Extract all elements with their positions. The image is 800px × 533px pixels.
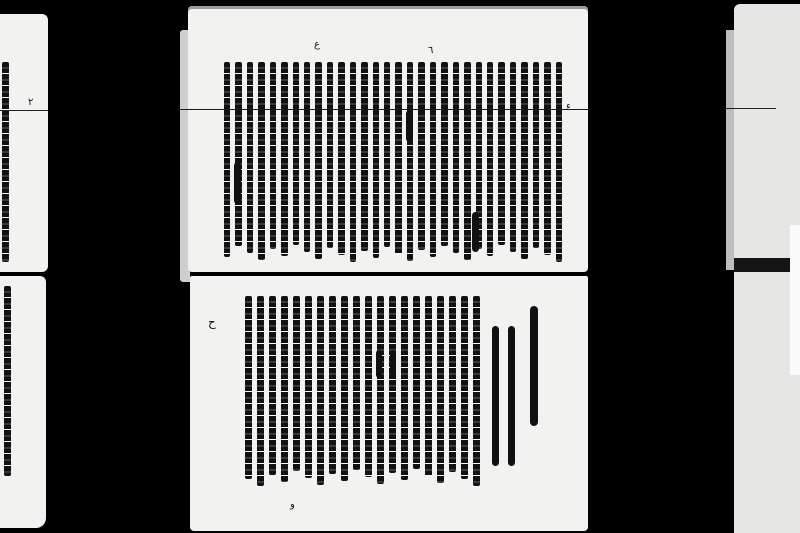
film-line [726, 108, 776, 109]
heading-column [530, 306, 538, 426]
text-line [247, 62, 253, 253]
text-line [389, 296, 396, 473]
rubric-stroke [472, 212, 479, 252]
text-line [258, 62, 264, 260]
text-line [235, 62, 241, 246]
text-line [269, 296, 276, 475]
text-line [293, 62, 299, 245]
top-mark-1: ع [314, 40, 320, 50]
rubric-stroke [390, 350, 396, 378]
text-line [487, 62, 493, 256]
top-page: ع ٦ ء [188, 6, 588, 272]
text-line [521, 62, 527, 259]
text-column-second [492, 326, 499, 466]
text-line [384, 62, 390, 247]
text-line [556, 62, 562, 262]
text-line [413, 296, 420, 469]
rubric-stroke [406, 110, 413, 142]
text-line [353, 296, 360, 470]
text-line [317, 296, 324, 485]
bottom-page: ح و باب [190, 276, 588, 531]
text-line [304, 62, 310, 252]
text-line [281, 296, 288, 482]
text-line [533, 62, 539, 248]
cover-label [790, 225, 800, 375]
text-line [461, 296, 468, 479]
film-line [180, 109, 590, 110]
text-line [315, 62, 321, 259]
text-line [327, 62, 333, 248]
text-line [377, 296, 384, 484]
text-line [245, 296, 252, 479]
margin-mark: ح [208, 316, 216, 328]
text-line [407, 62, 413, 261]
text-line [338, 62, 344, 255]
text-line [395, 62, 401, 254]
text-line [418, 62, 424, 250]
text-line [281, 62, 287, 256]
catchword: و [290, 500, 295, 510]
text-line [373, 62, 379, 258]
left-top-text [2, 62, 9, 262]
text-line [365, 296, 372, 477]
text-line [425, 296, 432, 476]
text-line [430, 62, 436, 257]
text-line [341, 296, 348, 481]
margin-mark: ء [566, 102, 571, 112]
text-line [510, 62, 516, 252]
text-line [449, 296, 456, 472]
text-line [293, 296, 300, 471]
text-line [473, 296, 480, 486]
text-line [544, 62, 550, 255]
left-bottom-text [4, 286, 11, 476]
rubric-stroke [376, 350, 382, 378]
text-line [441, 62, 447, 246]
folio-mark: ٢ [28, 98, 33, 108]
text-line [437, 296, 444, 483]
text-line [329, 296, 336, 474]
text-column-first [508, 326, 515, 466]
text-line [464, 62, 470, 260]
top-page-text [224, 62, 562, 262]
rubric-stroke [234, 162, 241, 204]
film-line [0, 110, 48, 111]
bottom-page-text [240, 296, 480, 492]
text-line [257, 296, 264, 486]
text-line [453, 62, 459, 253]
left-page-top: ٢ [0, 14, 48, 272]
text-line [498, 62, 504, 245]
text-line [350, 62, 356, 262]
left-page-bottom [0, 276, 46, 528]
top-mark-2: ٦ [428, 46, 433, 56]
text-line [224, 62, 230, 257]
text-line [270, 62, 276, 249]
text-line [401, 296, 408, 480]
text-line [305, 296, 312, 478]
text-line [361, 62, 367, 251]
